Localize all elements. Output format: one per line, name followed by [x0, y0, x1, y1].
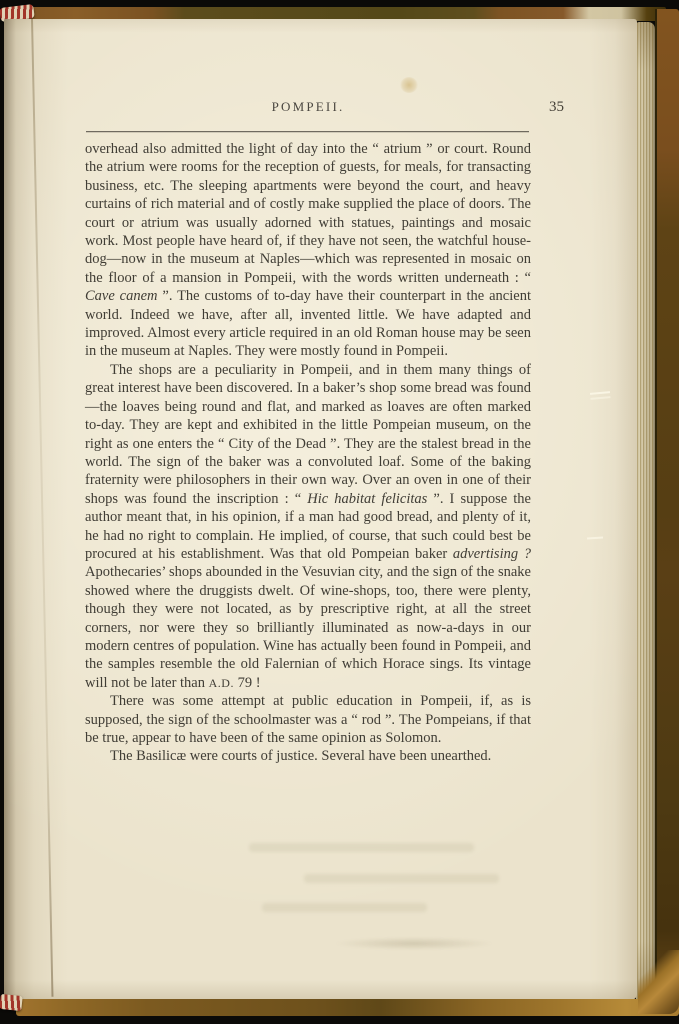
text-run: advertising ?	[453, 546, 531, 562]
paragraph: The Basilicæ were courts of justice. Sev…	[85, 747, 531, 765]
book-cover-right-edge	[655, 9, 679, 1011]
text-run: The shops are a peculiarity in Pompeii, …	[85, 362, 531, 507]
text-run: The Basilicæ were courts of justice. Sev…	[110, 748, 491, 764]
page-edges-stack	[636, 22, 655, 1000]
body-text: overhead also admitted the light of day …	[85, 140, 531, 766]
paragraph: The shops are a peculiarity in Pompeii, …	[85, 361, 531, 692]
paper-smudge	[334, 937, 494, 950]
text-run: There was some attempt at public educati…	[85, 693, 531, 746]
running-head-title: POMPEII.	[272, 99, 345, 115]
press-mark	[587, 536, 603, 539]
text-run: overhead also admitted the light of day …	[85, 141, 531, 286]
headband-bottom	[0, 994, 23, 1011]
page-number: 35	[549, 99, 564, 116]
cover-corner-fold	[638, 950, 679, 1014]
text-run: 79 !	[234, 675, 261, 691]
gutter-crease	[31, 19, 53, 997]
showthrough-mark	[249, 843, 474, 852]
paragraph: overhead also admitted the light of day …	[85, 140, 531, 361]
book-cover-bottom-edge	[16, 999, 679, 1016]
text-run: A.D.	[209, 676, 234, 690]
paper-stain	[400, 77, 418, 93]
text-run: Hic habitat felicitas	[307, 491, 427, 507]
text-run: Cave canem	[85, 288, 158, 304]
showthrough-mark	[304, 874, 499, 883]
running-head: POMPEII. 35	[85, 99, 531, 117]
paragraph: There was some attempt at public educati…	[85, 692, 531, 747]
text-run: Apothecaries’ shops abounded in the Vesu…	[85, 564, 531, 690]
header-rule	[86, 131, 529, 132]
showthrough-mark	[262, 903, 427, 912]
book-page: POMPEII. 35 overhead also admitted the l…	[4, 19, 637, 1000]
book-photo: POMPEII. 35 overhead also admitted the l…	[0, 0, 679, 1024]
press-mark	[590, 391, 610, 395]
